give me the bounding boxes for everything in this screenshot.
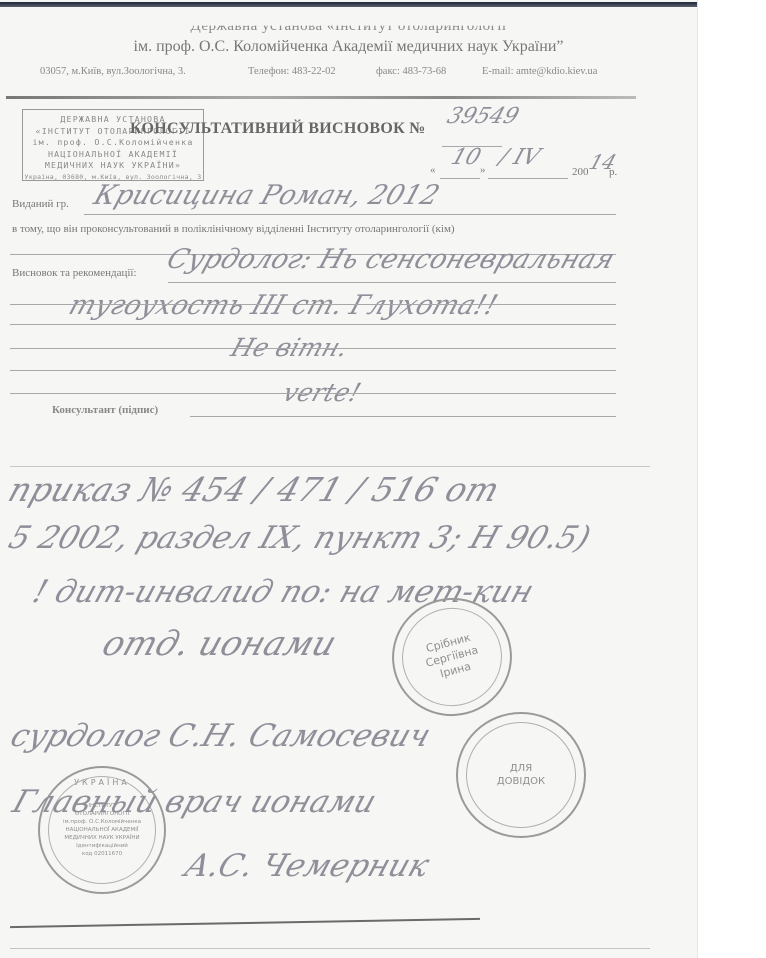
stamp-text: ДЛЯ — [458, 762, 584, 775]
signature-name: А.С. Чемерник — [180, 848, 434, 884]
date-year-suffix: р. — [609, 166, 617, 178]
stamp-text: МЕДИЧНИХ НАУК УКРАЇНИ — [40, 834, 164, 842]
date-month-line — [488, 178, 568, 179]
round-stamp-for-references: ДЛЯ ДОВІДОК — [456, 712, 586, 838]
conclusion-line-1: Сурдолог: Нь сенсоневральная — [163, 244, 618, 275]
issued-label: Виданий гр. — [12, 198, 69, 210]
conclusion-line — [168, 282, 616, 283]
document-number: 39549 — [444, 104, 522, 129]
scan-top-border — [0, 2, 697, 7]
stamp-text: код 02011670 — [40, 850, 164, 858]
stamp-text: Ірина — [398, 649, 514, 693]
form-line — [10, 324, 616, 325]
stamp-text: ДОВІДОК — [458, 775, 584, 788]
header-institution-line1: Державна установа «Інститут отоларинголо… — [0, 18, 697, 35]
header-email: E-mail: amte@kdio.kiev.ua — [482, 66, 597, 77]
header-divider — [6, 96, 636, 99]
header-fax: факс: 483-73-68 — [376, 66, 446, 77]
consulted-text: в тому, що він проконсультований в полік… — [12, 223, 455, 235]
patient-name: Крисицина Роман, 2012 — [90, 180, 443, 211]
form-line — [10, 304, 616, 305]
reverse-line-4: отд. ионами — [98, 624, 342, 664]
box-stamp-line: ім. проф. О.С.Коломійченка — [23, 137, 203, 149]
header-address: 03057, м.Київ, вул.Зоологічна, 3. — [40, 66, 186, 77]
issued-line — [84, 214, 616, 215]
date-open-quote: « — [430, 164, 436, 176]
date-day: 10 — [448, 145, 484, 170]
date-close-quote: » — [480, 164, 486, 176]
form-line — [10, 393, 616, 394]
stamp-text: Сергіївна — [394, 635, 510, 679]
box-stamp-line: МЕДИЧНИХ НАУК УКРАЇНИ» — [23, 160, 203, 172]
form-line — [10, 348, 616, 349]
conclusion-label: Висновок та рекомендації: — [12, 267, 137, 279]
reverse-line-1: приказ № 454 / 471 / 516 от — [4, 470, 505, 509]
box-stamp-line: НАЦІОНАЛЬНОЇ АКАДЕМІЇ — [23, 149, 203, 161]
page-fold-line — [10, 466, 650, 467]
stamp-text: Срібник — [391, 622, 507, 666]
date-month: / IV — [496, 145, 543, 170]
document-title: КОНСУЛЬТАТИВНИЙ ВИСНОВОК № — [130, 120, 426, 138]
date-day-line — [440, 178, 480, 179]
consultant-label: Консультант (підпис) — [52, 404, 158, 416]
stamp-text: Ідентифікаційний — [40, 842, 164, 850]
page-bottom-line — [10, 948, 650, 949]
form-line — [10, 370, 616, 371]
consultant-signature-line — [190, 416, 616, 417]
stamp-text: НАЦІОНАЛЬНОЇ АКАДЕМІЇ — [40, 826, 164, 834]
conclusion-line-2: тугоухость III ст. Глухота!! — [65, 290, 501, 321]
header-institution-line2: ім. проф. О.С. Коломійченка Академії мед… — [0, 38, 697, 56]
scanned-document-page: Державна установа «Інститут отоларинголо… — [0, 0, 698, 958]
signature-chief-doctor: Главный врач ионами — [8, 784, 381, 820]
header-phone: Телефон: 483-22-02 — [248, 66, 336, 77]
signature-surdolog: сурдолог С.Н. Самосевич — [6, 718, 435, 754]
bottom-rule — [10, 918, 480, 928]
reverse-line-2: 5 2002, раздел IX, пункт 3; Н 90.5) — [4, 520, 595, 556]
